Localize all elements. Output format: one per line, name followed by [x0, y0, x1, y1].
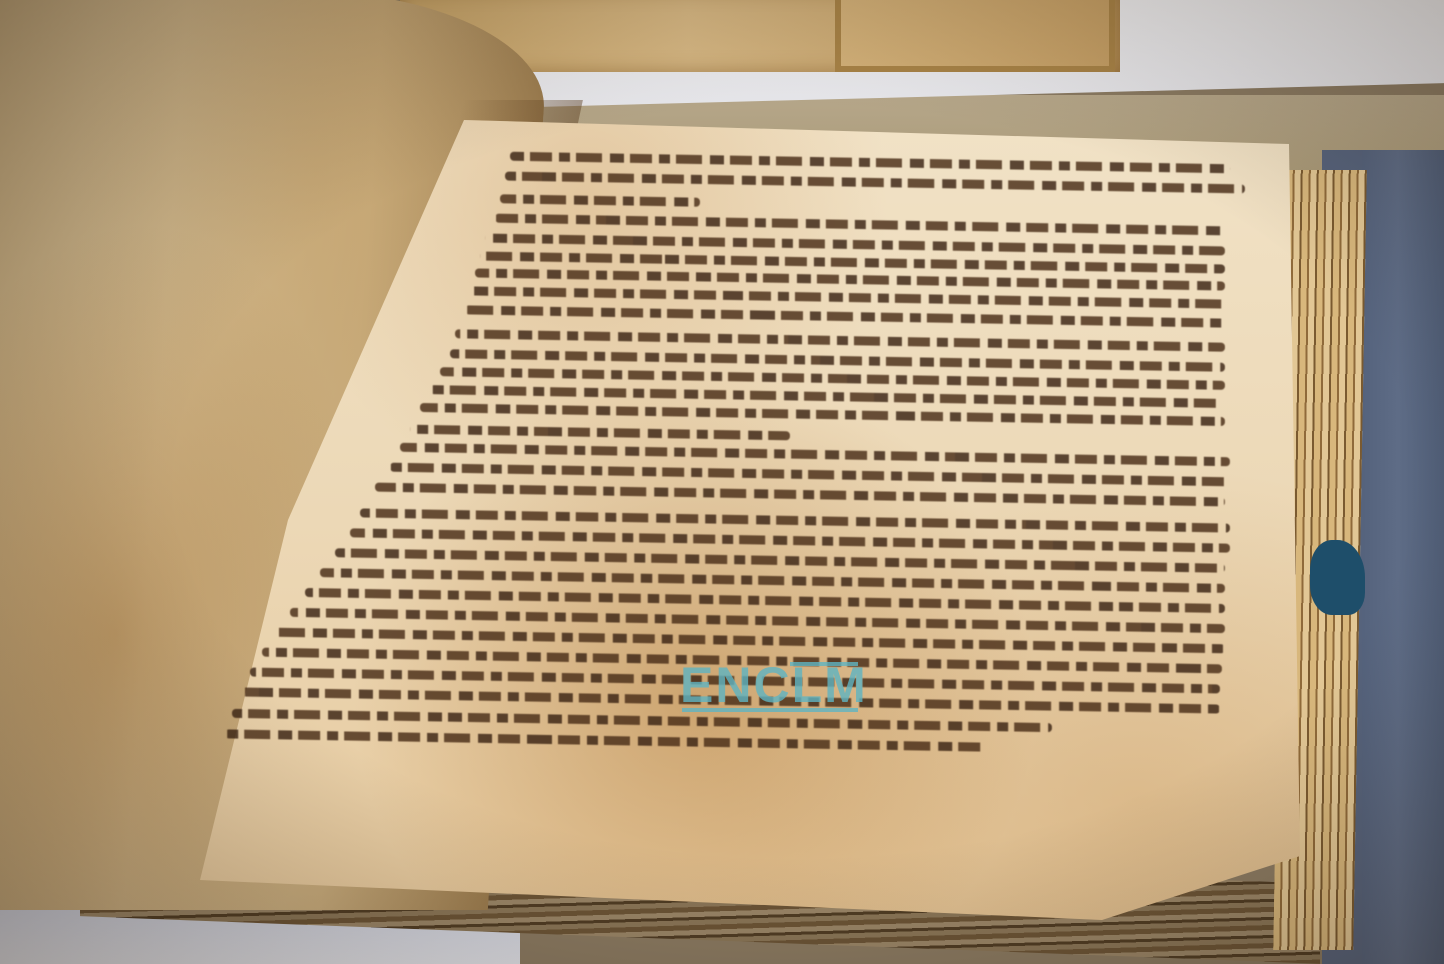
- manuscript-photo: ENCLM: [0, 0, 1444, 964]
- blue-folder: [1352, 150, 1444, 964]
- watermark-underline: [682, 708, 858, 712]
- watermark-logo: ENCLM: [680, 660, 868, 710]
- blue-bookmark-tab: [1310, 540, 1365, 615]
- framed-document-border: [835, 0, 1115, 72]
